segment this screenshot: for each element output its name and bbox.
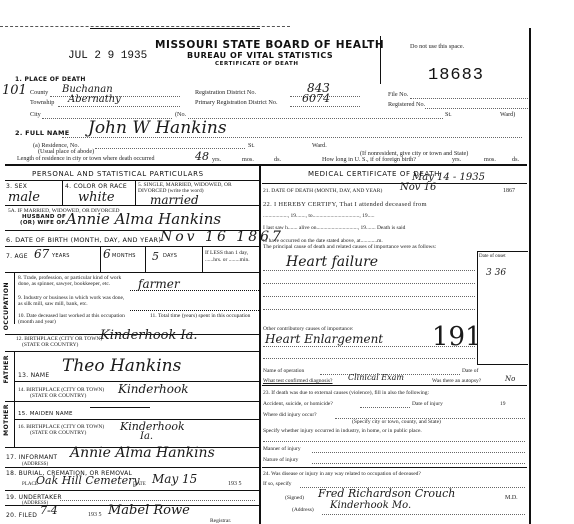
diagnosis-value: Clinical Exam bbox=[348, 373, 404, 382]
spouse-label-3: (OR) WIFE OF bbox=[20, 220, 65, 226]
us-yrs-label: yrs. bbox=[452, 156, 461, 163]
residence-st-label: St. bbox=[248, 142, 255, 149]
cause-line-4 bbox=[263, 309, 475, 310]
onset-note: 3 36 bbox=[486, 268, 506, 278]
age-label: 7. AGE bbox=[6, 253, 28, 260]
principal-cause-value: Heart failure bbox=[286, 254, 378, 270]
date-of-operation-label: Date of bbox=[462, 368, 478, 375]
row18-rule bbox=[5, 490, 259, 491]
hereby-certify: 22. I HEREBY CERTIFY, That I attended de… bbox=[263, 201, 427, 208]
length-of-residence-value: 48 bbox=[195, 150, 209, 163]
received-stamp: JUL 2 9 1935 bbox=[68, 50, 147, 62]
residence-ward-label: Ward. bbox=[312, 142, 327, 149]
center-divider bbox=[259, 166, 261, 524]
if-so-specify-label: If so, specify bbox=[263, 481, 292, 488]
md-label: M.D. bbox=[505, 495, 518, 502]
primary-registration-label: Primary Registration District No. bbox=[195, 99, 278, 106]
cause-line-2 bbox=[263, 283, 475, 284]
mother-side-label: MOTHER bbox=[3, 404, 10, 436]
primary-registration-value: 6074 bbox=[302, 92, 330, 105]
color-label: 4. COLOR OR RACE bbox=[65, 183, 127, 190]
trade-label: 8. Trade, profession, or particular kind… bbox=[18, 275, 130, 287]
address-line bbox=[322, 514, 525, 515]
ds-label: ds. bbox=[274, 156, 281, 163]
burial-year: 193 5 bbox=[228, 481, 242, 488]
age-months-value: 6 bbox=[103, 247, 111, 261]
informant-label: 17. INFORMANT bbox=[6, 454, 57, 461]
filed-date: 7-4 bbox=[40, 504, 58, 517]
date-of-death-year: 1867 bbox=[503, 188, 515, 195]
father-name-value: Theo Hankins bbox=[62, 356, 181, 376]
color-marital-divider bbox=[135, 180, 136, 205]
spouse-value: Annie Alma Hankins bbox=[66, 210, 221, 228]
signed-label: (Signed) bbox=[285, 495, 304, 502]
autopsy-value: No bbox=[505, 375, 515, 383]
industry-label: 9. Industry or business in which work wa… bbox=[18, 295, 130, 307]
place-of-death-label: 1. PLACE OF DEATH bbox=[15, 76, 86, 83]
father-birthplace-value: Kinderhook bbox=[118, 382, 189, 396]
full-name-label: 2. FULL NAME bbox=[15, 129, 70, 137]
registered-no-label: Registered No. bbox=[388, 101, 425, 108]
less-than-day-note: If LESS than 1 day, ......hrs. or ......… bbox=[205, 250, 257, 263]
length-of-residence-label: Length of residence in city or town wher… bbox=[17, 156, 154, 163]
us-ds-label: ds. bbox=[512, 156, 519, 163]
accident-label: Accident, suicide, or homicide? bbox=[263, 401, 333, 408]
registered-no-line bbox=[425, 108, 528, 109]
date-of-death-label: 21. DATE OF DEATH (MONTH, DAY, AND YEAR) bbox=[263, 188, 382, 195]
injury-section-rule bbox=[262, 467, 527, 468]
date-of-birth-label: 6. DATE OF BIRTH (MONTH, DAY, AND YEAR) bbox=[6, 236, 161, 244]
other-cause-line-2 bbox=[263, 358, 475, 359]
injury-year-label: 19 bbox=[500, 401, 506, 408]
mos-label: mos. bbox=[242, 156, 254, 163]
medical-title-rule bbox=[262, 183, 527, 184]
registrar-signature: Mabel Rowe bbox=[108, 503, 190, 518]
residence-sublabel: (Usual place of abode) bbox=[38, 148, 94, 155]
diagnosis-rule bbox=[262, 385, 527, 386]
manner-of-injury-line bbox=[312, 452, 525, 453]
mother-birthplace-sublabel: (STATE OR COUNTRY) bbox=[30, 430, 86, 437]
last-saw-line: I last saw h....... alive on............… bbox=[263, 225, 405, 232]
primary-reg-line bbox=[290, 106, 360, 107]
birthplace-value: Kinderhook Ia. bbox=[100, 328, 198, 343]
nature-of-injury-line bbox=[312, 463, 525, 464]
days-label: DAYS bbox=[163, 253, 177, 259]
township-value: Abernathy bbox=[68, 94, 121, 105]
date-of-death-value: Nov 16 bbox=[400, 182, 436, 193]
specify-injury-label: Specify whether injury occurred in indus… bbox=[263, 428, 422, 435]
accident-line bbox=[360, 407, 410, 408]
color-value: white bbox=[78, 190, 115, 205]
informant-value: Annie Alma Hankins bbox=[70, 445, 215, 461]
age-col-divider-2 bbox=[145, 246, 146, 272]
sex-label: 3. SEX bbox=[6, 183, 27, 190]
burial-date-label: DATE bbox=[133, 481, 146, 488]
full-name-line bbox=[62, 137, 522, 138]
row14-rule bbox=[5, 401, 259, 402]
margin-note: 101 bbox=[2, 83, 27, 98]
row3-rule bbox=[5, 205, 259, 206]
township-label: Township bbox=[30, 99, 54, 106]
age-col-divider-1 bbox=[100, 246, 101, 272]
age-years-value: 67 bbox=[34, 247, 49, 261]
how-long-in-us-label: How long in U. S., if of foreign birth? bbox=[322, 156, 416, 163]
age-col-divider-3 bbox=[202, 246, 203, 272]
specify-injury-line bbox=[263, 441, 525, 442]
specify-location-note: (Specify city or town, county, and State… bbox=[352, 419, 441, 426]
occupation-related-label: 24. Was disease or injury in any way rel… bbox=[263, 471, 421, 478]
file-no-line bbox=[410, 98, 528, 99]
township-line bbox=[58, 106, 180, 107]
burial-place-value: Oak Hill Cemetery bbox=[36, 474, 140, 487]
undertaker-line bbox=[60, 500, 255, 501]
father-side-label: FATHER bbox=[3, 355, 10, 383]
external-causes-label: 23. If death was due to external causes … bbox=[263, 390, 429, 397]
city-label: City bbox=[30, 111, 41, 118]
address-label: (Address) bbox=[292, 507, 314, 514]
maiden-name-label: 15. MAIDEN NAME bbox=[18, 411, 73, 417]
autopsy-label: Was there an autopsy? bbox=[432, 378, 481, 385]
birthplace-sublabel: (STATE OR COUNTRY) bbox=[22, 342, 78, 349]
row17-rule bbox=[5, 467, 259, 468]
cause-line-3 bbox=[263, 296, 475, 297]
physician-signature: Fred Richardson Crouch bbox=[318, 487, 455, 500]
total-time-label: 11. Total time (years) spent in this occ… bbox=[150, 313, 255, 319]
months-label: MONTHS bbox=[112, 253, 136, 259]
mother-birthplace-state: Ia. bbox=[140, 431, 153, 442]
county-label: County bbox=[30, 89, 48, 96]
name-section-divider bbox=[5, 164, 527, 166]
trade-value: farmer bbox=[138, 277, 180, 291]
filed-year: 193 5 bbox=[88, 512, 102, 519]
manner-of-injury-label: Manner of injury bbox=[263, 446, 301, 453]
right-border bbox=[529, 28, 531, 524]
other-causes-value: Heart Enlargement bbox=[265, 332, 383, 346]
registration-district-label: Registration District No. bbox=[195, 89, 256, 96]
residence-line bbox=[95, 148, 245, 149]
sex-value: male bbox=[8, 190, 40, 205]
maiden-name-stroke bbox=[90, 407, 150, 408]
other-cause-line-1 bbox=[263, 346, 475, 347]
no-label: (No. bbox=[175, 111, 186, 118]
st-label: St. bbox=[445, 111, 452, 118]
personal-title-rule bbox=[5, 180, 259, 181]
mother-side-divider bbox=[14, 401, 15, 447]
industry-rule bbox=[130, 310, 259, 311]
trade-rule bbox=[130, 290, 259, 291]
ward-label: Ward) bbox=[500, 111, 515, 118]
attended-dates-line: .................., 19......., to.......… bbox=[263, 213, 375, 220]
occupation-side-divider bbox=[14, 272, 15, 324]
where-injury-label: Where did injury occur? bbox=[263, 412, 317, 419]
occupation-side-label: OCCUPATION bbox=[3, 282, 10, 330]
form-title: MISSOURI STATE BOARD OF HEALTH bbox=[155, 39, 384, 51]
full-name-value: John W Hankins bbox=[88, 118, 227, 138]
file-no-label: File No. bbox=[388, 91, 408, 98]
header-divider bbox=[380, 36, 381, 84]
certificate-number: 18683 bbox=[428, 66, 484, 85]
physician-address: Kinderhook Mo. bbox=[330, 500, 411, 511]
large-annotation-number: 191 bbox=[432, 322, 482, 352]
yrs-label: yrs. bbox=[212, 156, 221, 163]
operation-label: Name of operation bbox=[263, 368, 304, 375]
cause-line-1 bbox=[263, 270, 475, 271]
father-birthplace-sublabel: (STATE OR COUNTRY) bbox=[30, 393, 86, 400]
row7-rule bbox=[5, 272, 259, 273]
top-rule bbox=[90, 28, 260, 29]
last-worked-label: 10. Date deceased last worked at this oc… bbox=[18, 313, 130, 325]
row12-rule bbox=[5, 351, 259, 352]
principal-cause-label: The principal cause of death and related… bbox=[263, 244, 436, 251]
do-not-use-note: Do not use this space. bbox=[410, 43, 464, 50]
filed-label: 20. FILED bbox=[6, 512, 37, 519]
nature-of-injury-label: Nature of injury bbox=[263, 457, 298, 464]
registrar-label: Registrar. bbox=[210, 518, 231, 524]
date-of-onset-label: Date of onset bbox=[479, 253, 506, 260]
diagnosis-label: What test confirmed diagnosis? bbox=[263, 378, 333, 385]
form-subtitle: BUREAU OF VITAL STATISTICS bbox=[187, 51, 333, 60]
burial-date-value: May 15 bbox=[152, 472, 197, 486]
age-days-value: 5 bbox=[152, 250, 159, 263]
us-mos-label: mos. bbox=[484, 156, 496, 163]
form-name: CERTIFICATE OF DEATH bbox=[215, 61, 299, 67]
father-name-label: 13. NAME bbox=[18, 372, 49, 379]
date-of-injury-label: Date of injury bbox=[412, 401, 443, 408]
years-label: YEARS bbox=[52, 253, 70, 259]
personal-section-title: PERSONAL AND STATISTICAL PARTICULARS bbox=[32, 170, 204, 178]
father-side-divider bbox=[14, 351, 15, 401]
sex-color-divider bbox=[62, 180, 63, 205]
